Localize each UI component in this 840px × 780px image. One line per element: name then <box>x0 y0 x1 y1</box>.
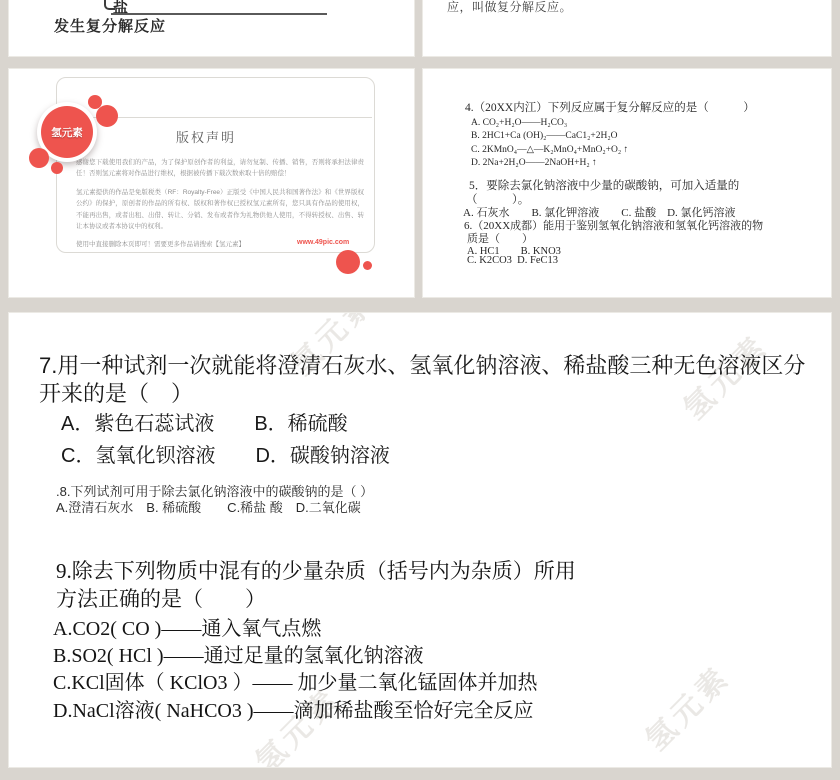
watermark: 氢元素 <box>633 653 738 758</box>
question-4-option-a: A. CO₂+H₂O——H₂CO₃ <box>471 118 567 128</box>
slide-thumbnail-fragment-right: 应，叫做复分解反应。 <box>422 0 832 57</box>
question-7-options-ab: A．紫色石蕊试液 B．稀硫酸 <box>61 407 348 436</box>
question-4-option-c: C. 2KMnO₄—△—K₂MnO₄+MnO₂+O₂ ↑ <box>471 144 628 155</box>
dot-decoration <box>51 162 63 174</box>
dot-decoration <box>96 105 118 127</box>
question-9-option-a: A.CO2( CO )——通入氧气点燃 <box>53 612 321 641</box>
preview-page: 盐 发生复分解反应 应，叫做复分解反应。 版权声明 感谢您下载使用我们的产品，为… <box>0 0 840 780</box>
question-6-options-cd: C. K2CO3 D. FeC13 <box>467 255 558 266</box>
slide-questions-4-6: 4.（20XX内江）下列反应属于复分解反应的是（ ） A. CO₂+H₂O——H… <box>422 68 832 298</box>
question-4-title: 4.（20XX内江）下列反应属于复分解反应的是（ ） <box>465 99 755 115</box>
question-9-option-d: D.NaCl溶液( NaHCO3 )——滴加稀盐酸至恰好完全反应 <box>53 694 534 723</box>
question-4-option-b: B. 2HC1+Ca (OH)₂——CaC1₂+2H₂O <box>471 131 618 141</box>
question-9-option-c: C.KCl固体（ KClO3 ）—— 加少量二氧化锰固体并加热 <box>53 666 537 695</box>
copyright-paragraph-2: 氢元素提供的作品是免版税类（RF：Royalty-Free）正版受《中国人民共和… <box>76 187 364 233</box>
slide-thumbnail-fragment-left: 盐 发生复分解反应 <box>8 0 415 57</box>
copyright-footer: 使用中直接删除本页即可！需要更多作品请搜索【氢元素】 <box>76 239 245 248</box>
brand-badge-label: 氢元素 <box>41 106 93 158</box>
dot-decoration <box>336 250 360 274</box>
fragment-text: 应，叫做复分解反应。 <box>447 0 572 15</box>
site-link[interactable]: www.49pic.com <box>297 239 349 246</box>
question-8-options: A.澄清石灰水 B. 稀硫酸 C.稀盐 酸 D.二氧化碳 <box>56 497 361 516</box>
slide-questions-7-9: 氢元素 氢元素 氢元素 氢元素 7.用一种试剂一次就能将澄清石灰水、氢氧化钠溶液… <box>8 312 832 768</box>
divider-line <box>93 117 372 118</box>
slide-copyright: 版权声明 感谢您下载使用我们的产品，为了保护原创作者的利益，请勿复制、传播、销售… <box>8 68 415 298</box>
question-9-line-1: 9.除去下列物质中混有的少量杂质（括号内为杂质）所用 <box>56 555 576 585</box>
fragment-text: 发生复分解反应 <box>54 15 166 36</box>
dot-decoration <box>29 148 49 168</box>
question-9-line-2: 方法正确的是（ ） <box>56 583 266 613</box>
question-7-line-1: 7.用一种试剂一次就能将澄清石灰水、氢氧化钠溶液、稀盐酸三种无色溶液区分 <box>39 349 819 380</box>
copyright-title: 版权声明 <box>56 127 356 146</box>
question-7-line-2: 开来的是（ ） <box>39 377 193 408</box>
question-7-options-cd: C．氢氧化钡溶液 D．碳酸钠溶液 <box>61 439 390 468</box>
question-4-option-d: D. 2Na+2H₂O——2NaOH+H₂ ↑ <box>471 158 597 168</box>
dot-decoration <box>363 261 372 270</box>
question-9-option-b: B.SO2( HCl )——通过足量的氢氧化钠溶液 <box>53 639 424 668</box>
copyright-paragraph-1: 感谢您下载使用我们的产品，为了保护原创作者的利益，请勿复制、传播、销售，否则将承… <box>76 157 364 180</box>
